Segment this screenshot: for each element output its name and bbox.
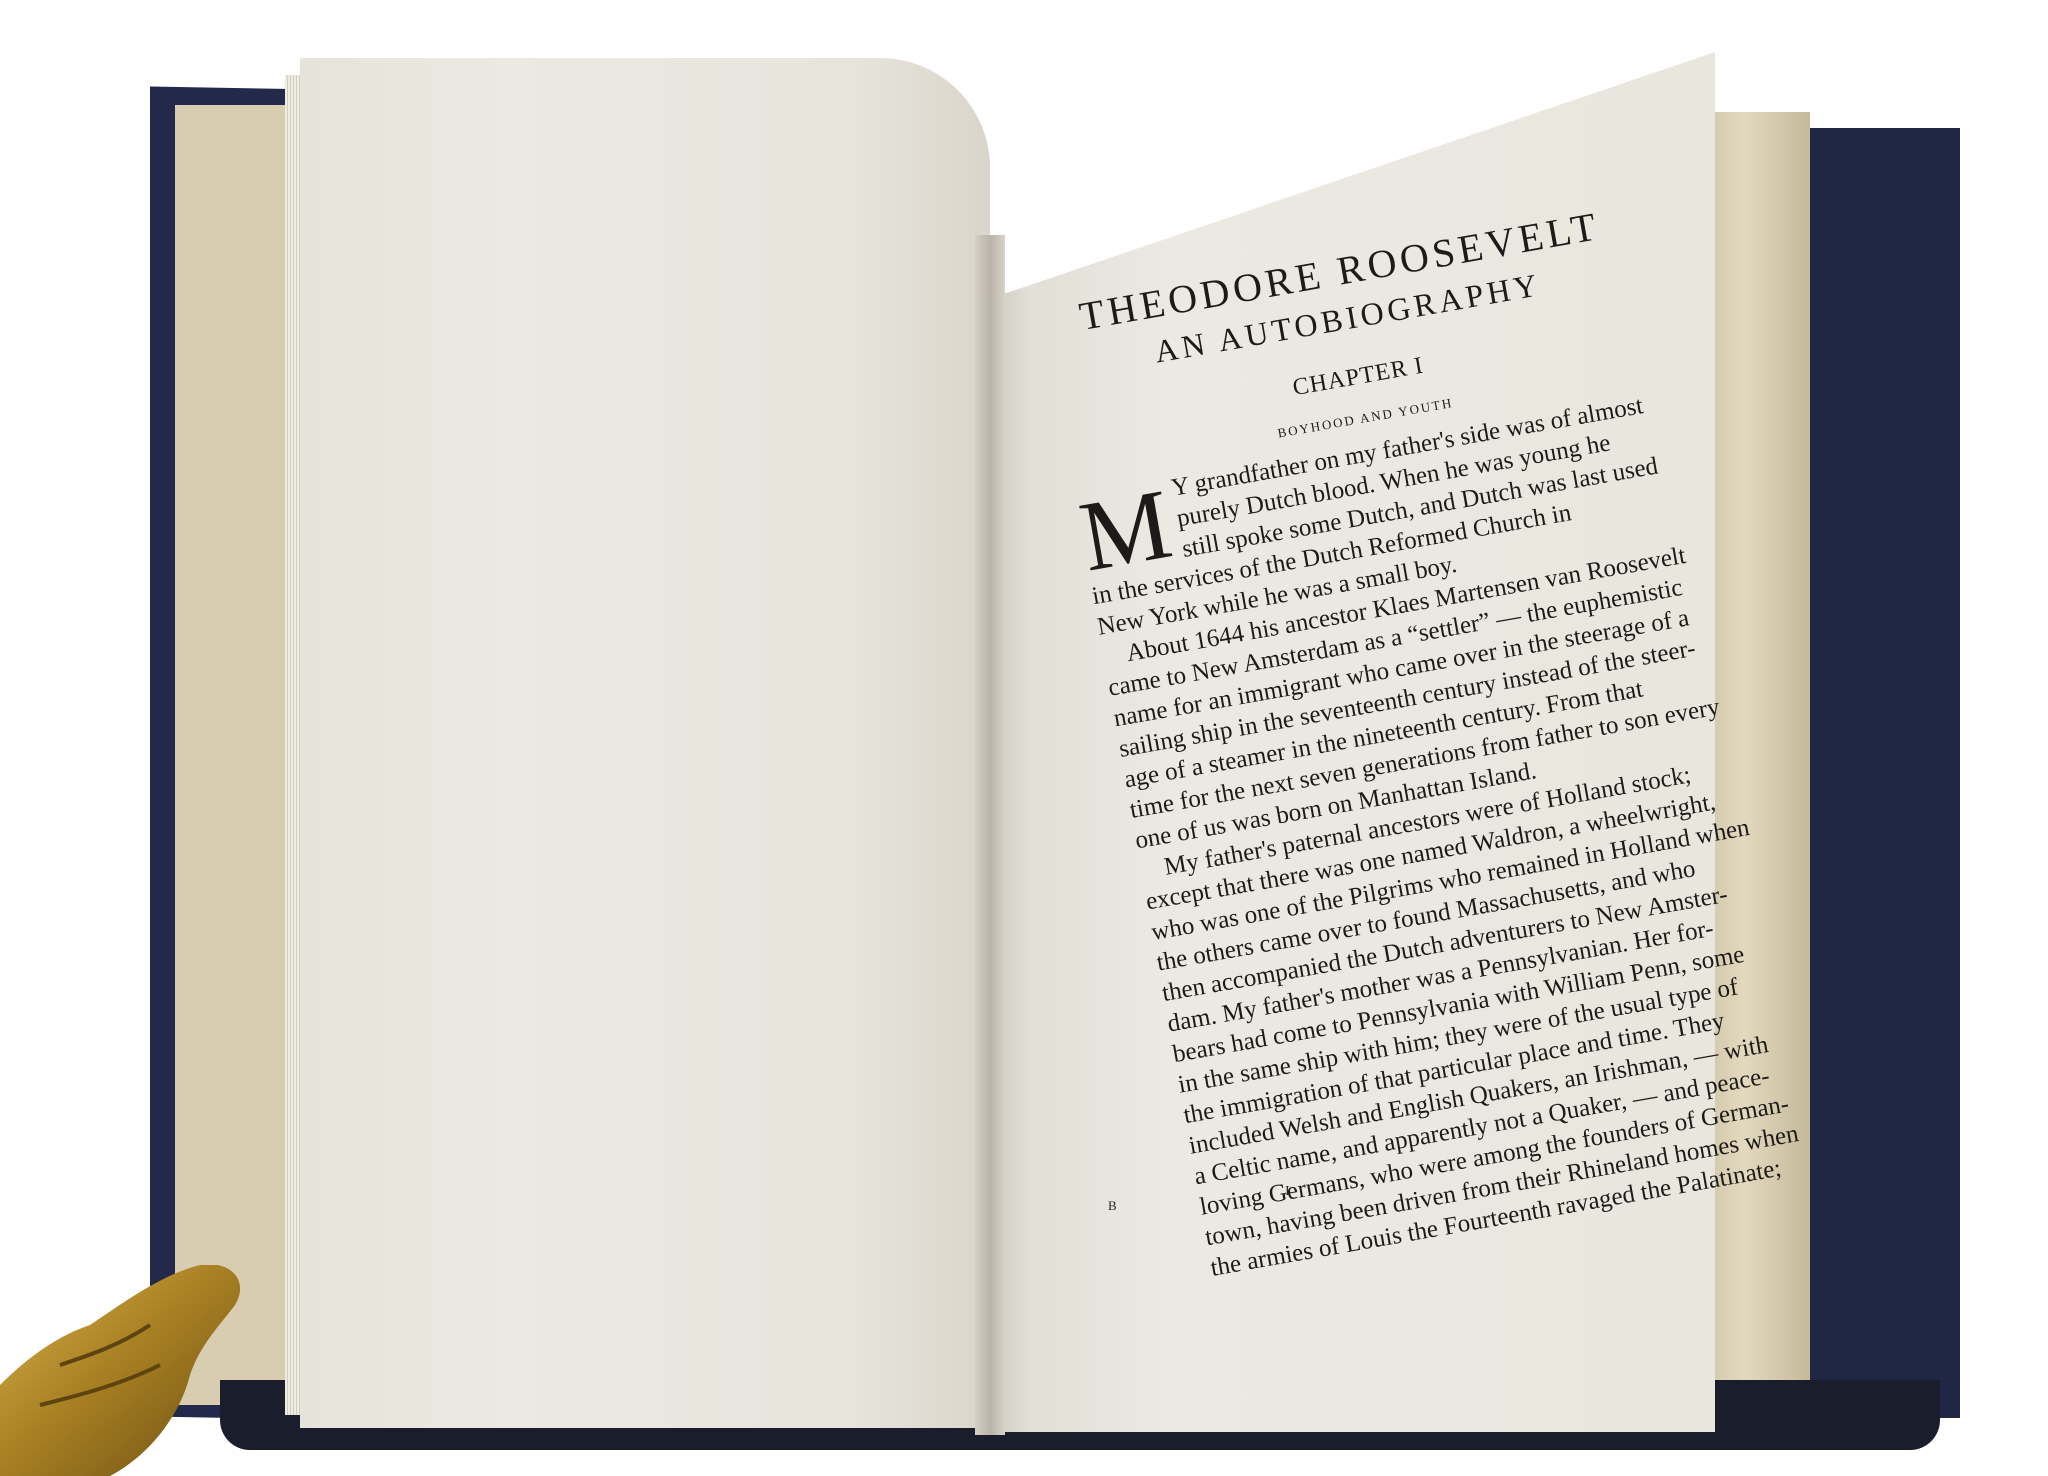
page-number: I xyxy=(1285,1184,1290,1200)
photo-scene: THEODORE ROOSEVELT AN AUTOBIOGRAPHY CHAP… xyxy=(0,0,2048,1476)
drop-cap: M xyxy=(1075,481,1178,581)
gold-hand-bookend-icon xyxy=(0,1265,250,1476)
blank-left-page xyxy=(300,58,990,1428)
book-gutter xyxy=(975,235,1005,1435)
signature-mark: B xyxy=(1108,1198,1117,1214)
